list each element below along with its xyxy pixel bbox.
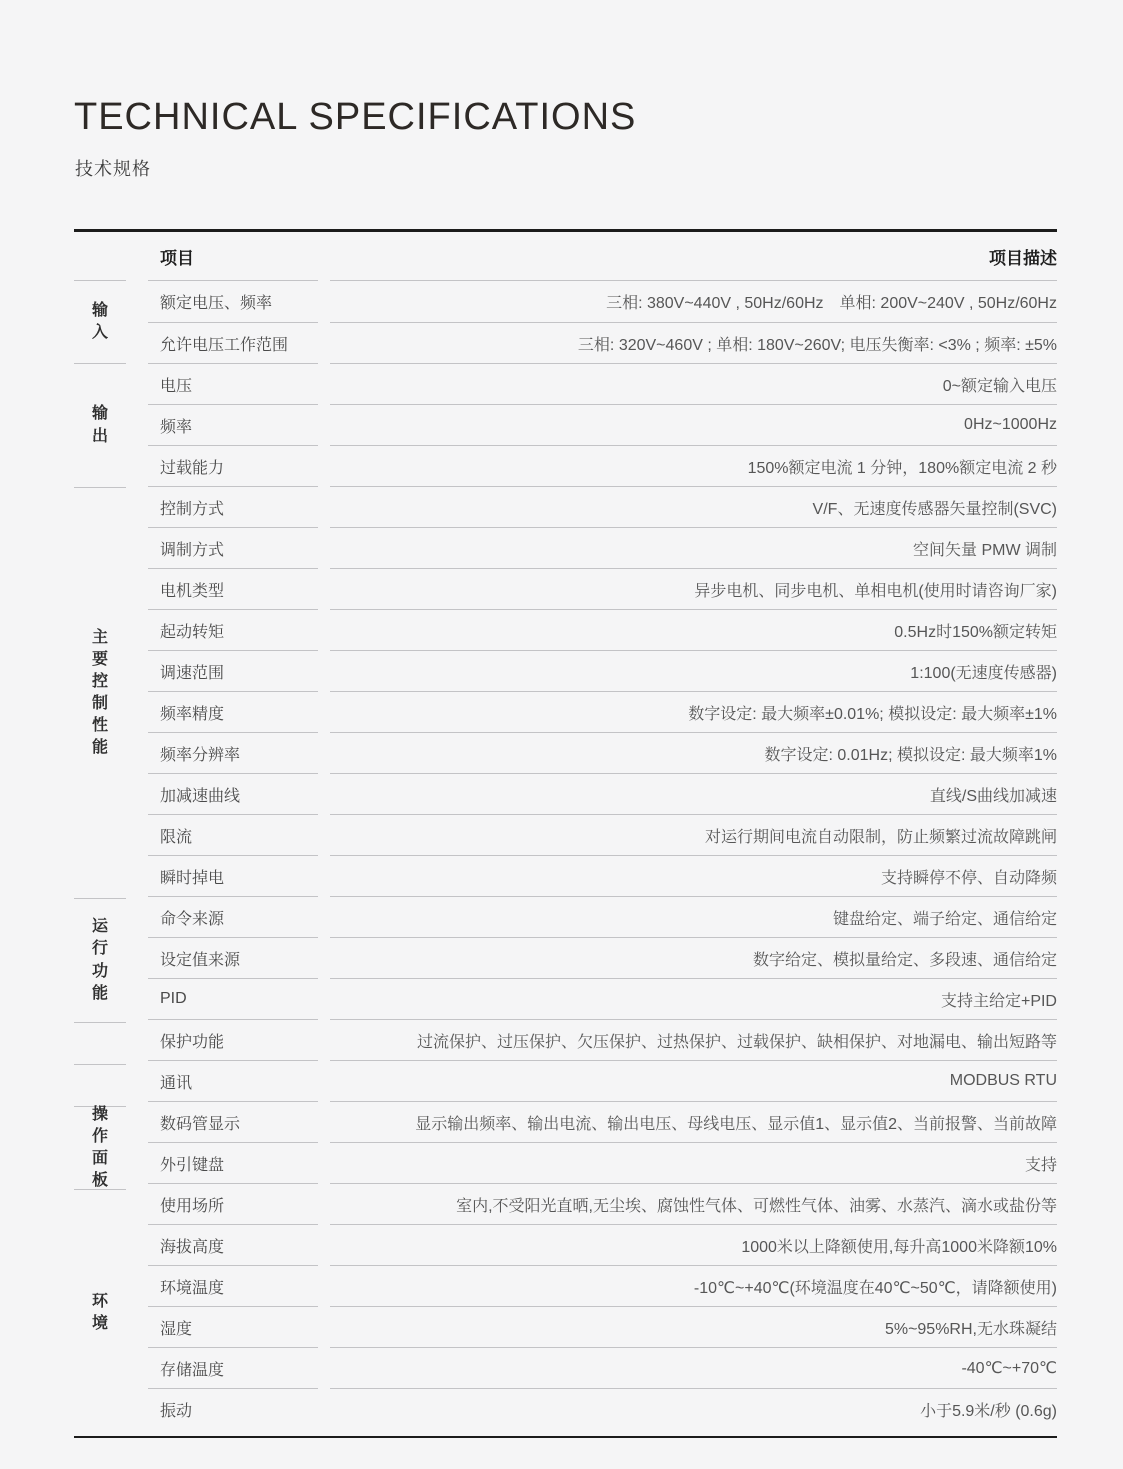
table-header-row: 项目 项目描述: [74, 232, 1057, 281]
item-description: 150%额定电流 1 分钟，180%额定电流 2 秒: [330, 445, 1057, 486]
item-description: 室内,不受阳光直晒,无尘埃、腐蚀性气体、可燃性气体、油雾、水蒸汽、滴水或盐份等: [330, 1183, 1057, 1224]
item-description: 显示输出频率、输出电流、输出电压、母线电压、显示值1、显示值2、当前报警、当前故…: [330, 1101, 1057, 1142]
table-row: 加减速曲线直线/S曲线加减速: [148, 773, 1057, 814]
table-row: 环境温度-10℃~+40℃(环境温度在40℃~50℃，请降额使用): [148, 1265, 1057, 1306]
table-row: 湿度5%~95%RH,无水珠凝结: [148, 1306, 1057, 1347]
item-name: 额定电压、频率: [148, 281, 318, 322]
item-name: 保护功能: [148, 1019, 318, 1060]
item-name: 环境温度: [148, 1265, 318, 1306]
category-environment: 环境: [74, 1189, 126, 1436]
table-row: 海拔高度1000米以上降额使用,每升高1000米降额10%: [148, 1224, 1057, 1265]
item-name: 电机类型: [148, 568, 318, 609]
item-description: 1:100(无速度传感器): [330, 650, 1057, 691]
item-name: 湿度: [148, 1306, 318, 1347]
category-run-function: 运行功能: [74, 898, 126, 1022]
table-row: 频率精度数字设定: 最大频率±0.01%; 模拟设定: 最大频率±1%: [148, 691, 1057, 732]
item-description: 数字设定: 最大频率±0.01%; 模拟设定: 最大频率±1%: [330, 691, 1057, 732]
item-name: 海拔高度: [148, 1224, 318, 1265]
item-name: 调制方式: [148, 527, 318, 568]
item-name: 外引键盘: [148, 1142, 318, 1183]
item-description: 三相: 380V~440V , 50Hz/60Hz 单相: 200V~240V …: [330, 281, 1057, 322]
table-row: 过载能力150%额定电流 1 分钟，180%额定电流 2 秒: [148, 445, 1057, 486]
header-item-label: 项目: [148, 232, 318, 281]
category-main-control: 主要控制性能: [74, 487, 126, 898]
item-description: 小于5.9米/秒 (0.6g): [330, 1388, 1057, 1429]
table-row: 起动转矩0.5Hz时150%额定转矩: [148, 609, 1057, 650]
item-description: V/F、无速度传感器矢量控制(SVC): [330, 486, 1057, 527]
item-description: 对运行期间电流自动限制，防止频繁过流故障跳闸: [330, 814, 1057, 855]
table-row: 数码管显示显示输出频率、输出电流、输出电压、母线电压、显示值1、显示值2、当前报…: [148, 1101, 1057, 1142]
table-row: 命令来源键盘给定、端子给定、通信给定: [148, 896, 1057, 937]
item-name: PID: [148, 978, 318, 1019]
table-row: 使用场所室内,不受阳光直晒,无尘埃、腐蚀性气体、可燃性气体、油雾、水蒸汽、滴水或…: [148, 1183, 1057, 1224]
table-row: 通讯MODBUS RTU: [148, 1060, 1057, 1101]
table-row: 调速范围1:100(无速度传感器): [148, 650, 1057, 691]
category-column: 输入 输出 主要控制性能 运行功能 操作面板 环境: [74, 281, 126, 1436]
item-description: 键盘给定、端子给定、通信给定: [330, 896, 1057, 937]
header-description-label: 项目描述: [330, 232, 1057, 281]
table-row: 频率0Hz~1000Hz: [148, 404, 1057, 445]
item-description: 0~额定输入电压: [330, 363, 1057, 404]
table-row: 电机类型异步电机、同步电机、单相电机(使用时请咨询厂家): [148, 568, 1057, 609]
item-description: 支持: [330, 1142, 1057, 1183]
item-name: 通讯: [148, 1060, 318, 1101]
item-description: 数字给定、模拟量给定、多段速、通信给定: [330, 937, 1057, 978]
item-name: 频率分辨率: [148, 732, 318, 773]
item-name: 命令来源: [148, 896, 318, 937]
page-subtitle: 技术规格: [75, 155, 151, 181]
table-row: 振动小于5.9米/秒 (0.6g): [148, 1388, 1057, 1429]
item-description: 0Hz~1000Hz: [330, 404, 1057, 445]
specifications-table: 项目 项目描述 输入 输出 主要控制性能 运行功能 操作面板 环境 额定电压、频…: [74, 229, 1057, 1438]
table-body: 输入 输出 主要控制性能 运行功能 操作面板 环境 额定电压、频率三相: 380…: [74, 281, 1057, 1436]
item-name: 调速范围: [148, 650, 318, 691]
table-bottom-rule: [74, 1436, 1057, 1438]
category-operation-panel: 操作面板: [74, 1106, 126, 1189]
table-row: 控制方式V/F、无速度传感器矢量控制(SVC): [148, 486, 1057, 527]
table-row: 电压0~额定输入电压: [148, 363, 1057, 404]
item-name: 起动转矩: [148, 609, 318, 650]
item-description: 过流保护、过压保护、欠压保护、过热保护、过载保护、缺相保护、对地漏电、输出短路等: [330, 1019, 1057, 1060]
item-name: 过载能力: [148, 445, 318, 486]
item-description: 直线/S曲线加减速: [330, 773, 1057, 814]
item-name: 允许电压工作范围: [148, 322, 318, 363]
table-row: 调制方式空间矢量 PMW 调制: [148, 527, 1057, 568]
table-row: 允许电压工作范围三相: 320V~460V ; 单相: 180V~260V; 电…: [148, 322, 1057, 363]
table-row: 存储温度-40℃~+70℃: [148, 1347, 1057, 1388]
item-name: 设定值来源: [148, 937, 318, 978]
item-description: 数字设定: 0.01Hz; 模拟设定: 最大频率1%: [330, 732, 1057, 773]
item-name: 电压: [148, 363, 318, 404]
table-row: 外引键盘支持: [148, 1142, 1057, 1183]
header-category-cell: [74, 232, 126, 281]
item-description: MODBUS RTU: [330, 1060, 1057, 1101]
table-row: 限流对运行期间电流自动限制，防止频繁过流故障跳闸: [148, 814, 1057, 855]
item-name: 限流: [148, 814, 318, 855]
item-description: 1000米以上降额使用,每升高1000米降额10%: [330, 1224, 1057, 1265]
item-name: 存储温度: [148, 1347, 318, 1388]
item-description: 0.5Hz时150%额定转矩: [330, 609, 1057, 650]
item-name: 振动: [148, 1388, 318, 1429]
item-description: 异步电机、同步电机、单相电机(使用时请咨询厂家): [330, 568, 1057, 609]
item-name: 频率精度: [148, 691, 318, 732]
item-name: 使用场所: [148, 1183, 318, 1224]
table-row: 保护功能过流保护、过压保护、欠压保护、过热保护、过载保护、缺相保护、对地漏电、输…: [148, 1019, 1057, 1060]
item-name: 瞬时掉电: [148, 855, 318, 896]
item-name: 频率: [148, 404, 318, 445]
table-row: PID支持主给定+PID: [148, 978, 1057, 1019]
table-rows: 额定电压、频率三相: 380V~440V , 50Hz/60Hz 单相: 200…: [148, 281, 1057, 1436]
item-name: 数码管显示: [148, 1101, 318, 1142]
item-name: 加减速曲线: [148, 773, 318, 814]
category-output: 输出: [74, 363, 126, 487]
item-description: -10℃~+40℃(环境温度在40℃~50℃，请降额使用): [330, 1265, 1057, 1306]
item-description: 支持主给定+PID: [330, 978, 1057, 1019]
category-protection: [74, 1022, 126, 1064]
item-description: 5%~95%RH,无水珠凝结: [330, 1306, 1057, 1347]
item-name: 控制方式: [148, 486, 318, 527]
item-description: 支持瞬停不停、自动降频: [330, 855, 1057, 896]
item-description: 三相: 320V~460V ; 单相: 180V~260V; 电压失衡率: <3…: [330, 322, 1057, 363]
table-row: 频率分辨率数字设定: 0.01Hz; 模拟设定: 最大频率1%: [148, 732, 1057, 773]
category-communication: [74, 1064, 126, 1106]
item-description: -40℃~+70℃: [330, 1347, 1057, 1388]
category-input: 输入: [74, 281, 126, 363]
page-title: TECHNICAL SPECIFICATIONS: [74, 98, 636, 136]
spec-sheet-page: TECHNICAL SPECIFICATIONS 技术规格 项目 项目描述 输入…: [0, 0, 1123, 1469]
table-row: 设定值来源数字给定、模拟量给定、多段速、通信给定: [148, 937, 1057, 978]
item-description: 空间矢量 PMW 调制: [330, 527, 1057, 568]
table-row: 额定电压、频率三相: 380V~440V , 50Hz/60Hz 单相: 200…: [148, 281, 1057, 322]
table-row: 瞬时掉电支持瞬停不停、自动降频: [148, 855, 1057, 896]
